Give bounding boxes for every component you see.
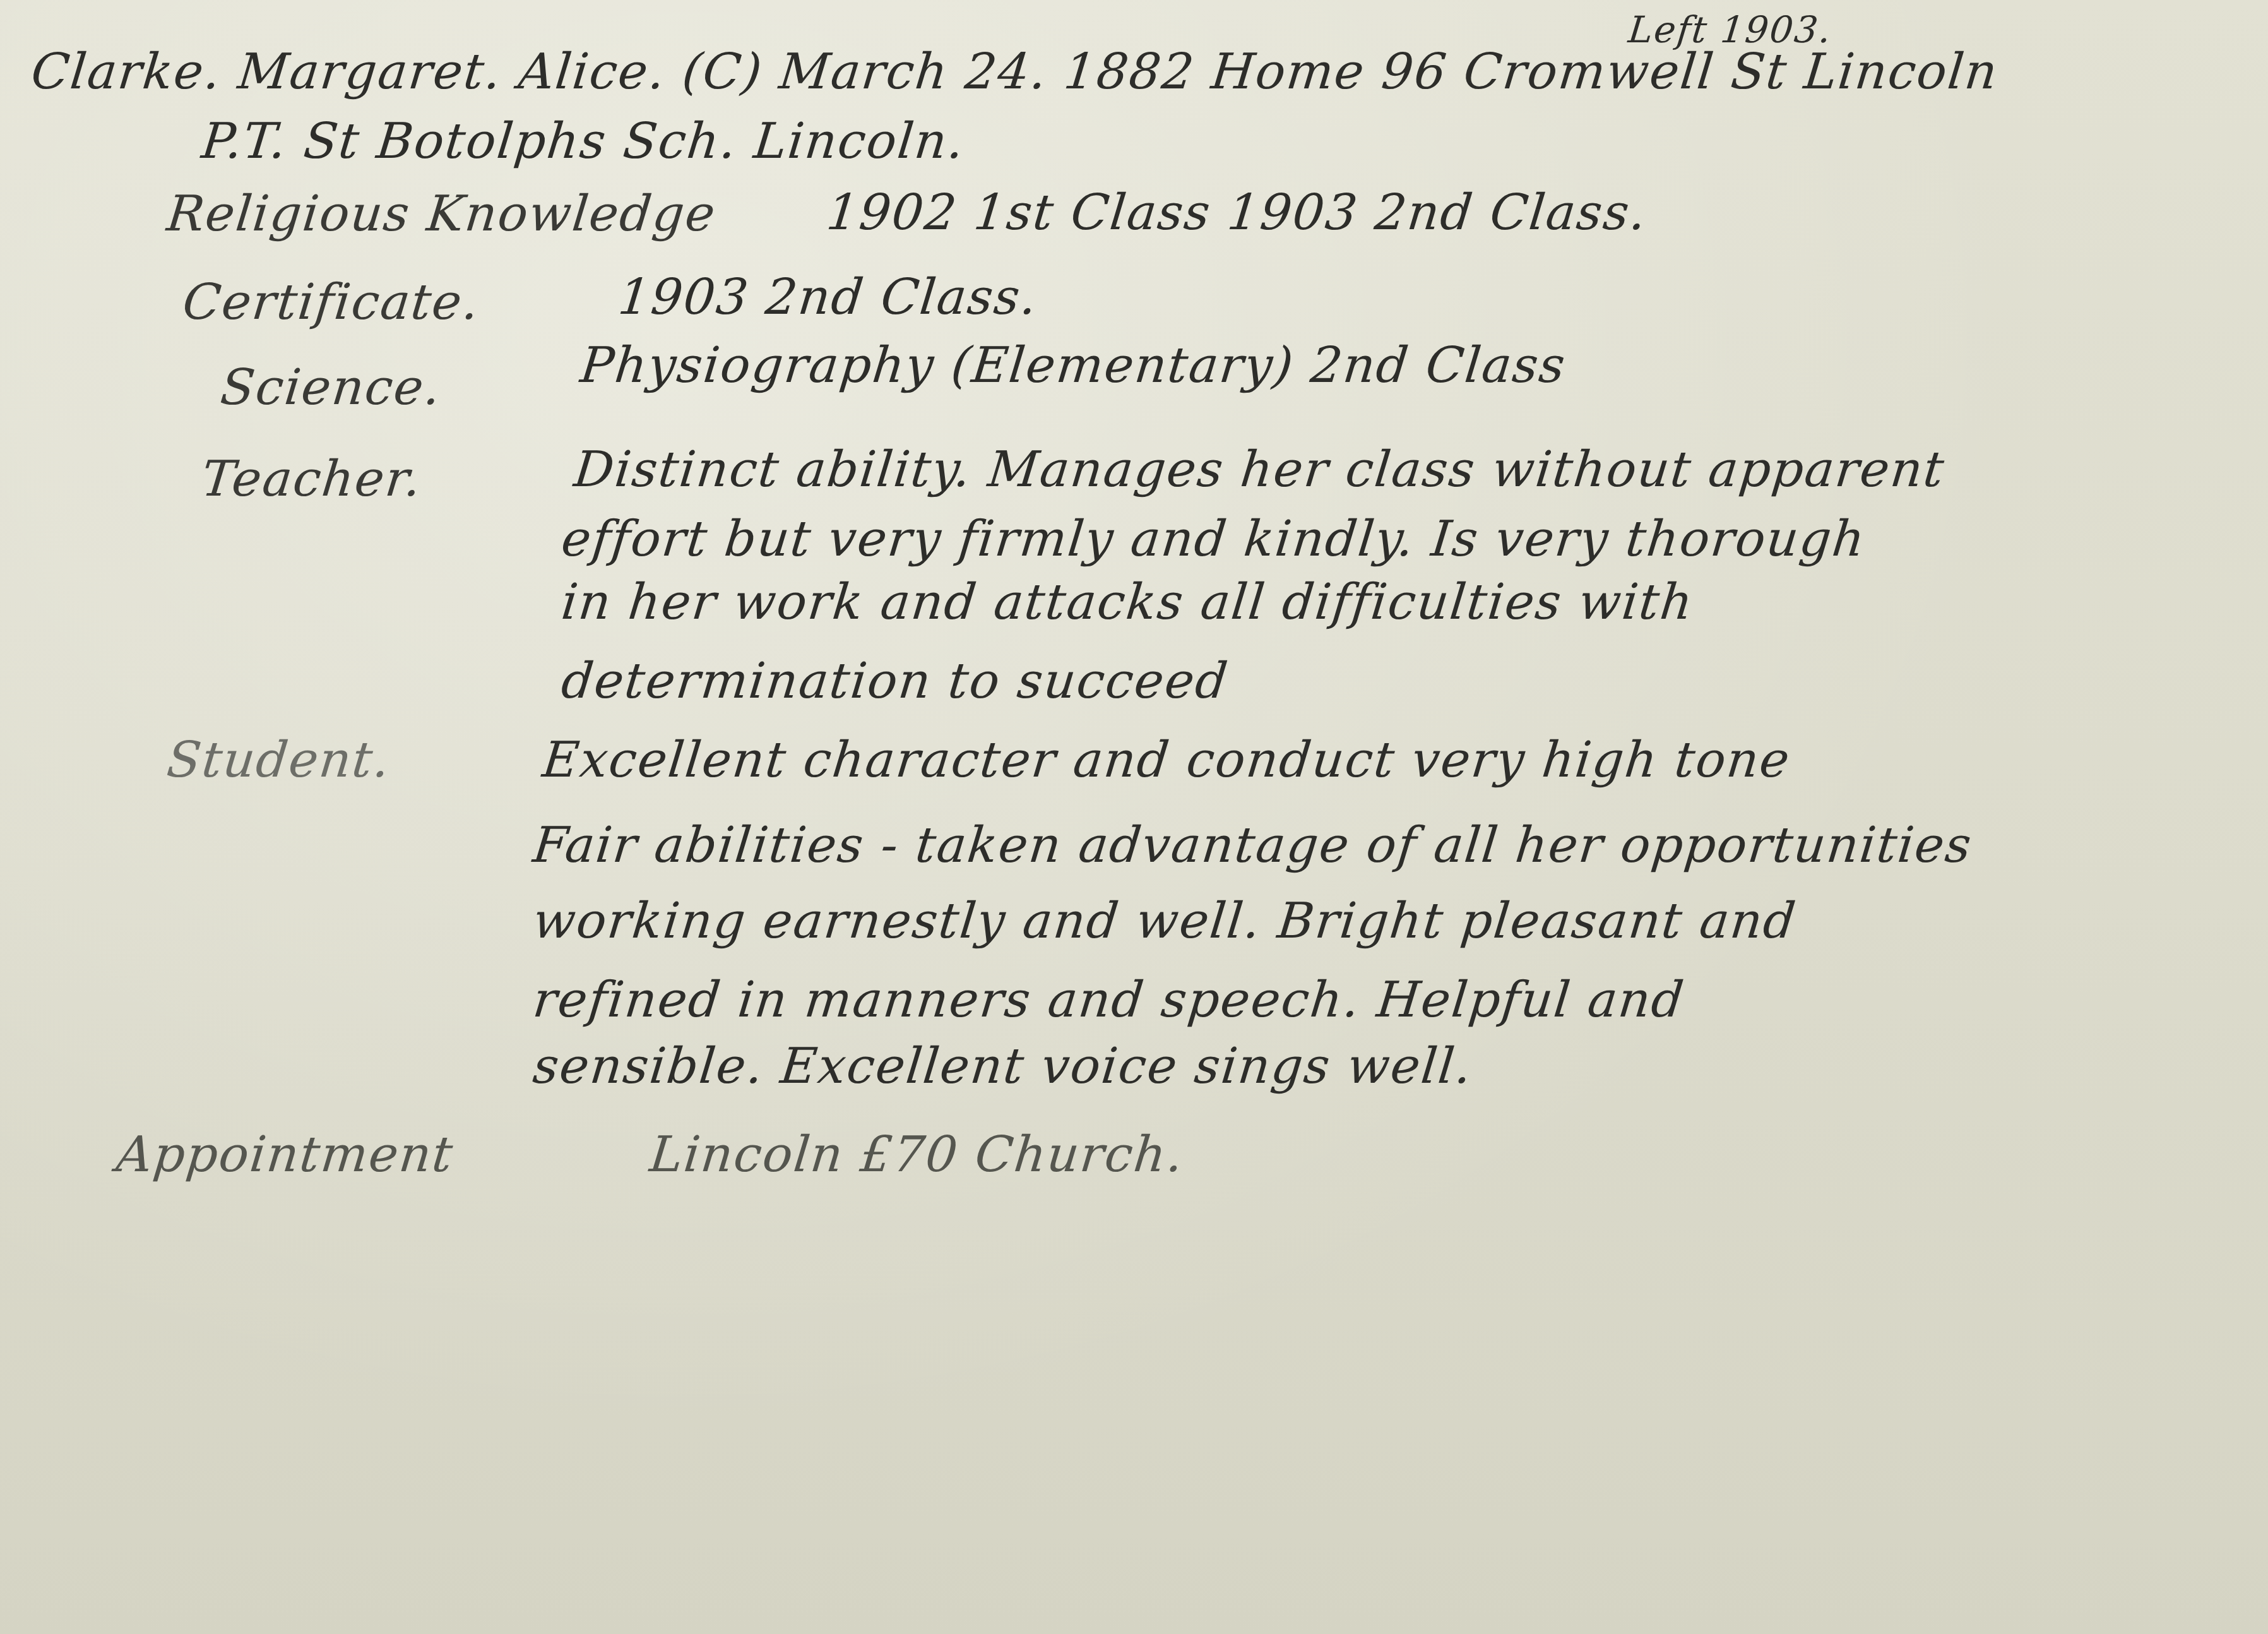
teacher-label: Teacher. [199, 455, 424, 504]
science-value: Physiography (Elementary) 2nd Class [578, 341, 1569, 390]
student-label: Student. [165, 736, 393, 785]
science-label: Science. [218, 363, 444, 412]
certificate-label: Certificate. [181, 278, 482, 327]
school-line: P.T. St Botolphs Sch. Lincoln. [199, 117, 967, 166]
appointment-label: Appointment [114, 1130, 456, 1179]
teacher-line-3: in her work and attacks all difficulties… [559, 578, 1696, 627]
student-line-1: Excellent character and conduct very hig… [540, 736, 1793, 785]
left-annotation: Left 1903. [1627, 11, 1834, 48]
religious-knowledge-value: 1902 1st Class 1903 2nd Class. [824, 188, 1649, 237]
name-line: Clarke. Margaret. Alice. (C) March 24. 1… [29, 47, 2000, 97]
student-line-2: Fair abilities - taken advantage of all … [531, 821, 1974, 870]
teacher-line-2: effort but very firmly and kindly. Is ve… [559, 515, 1868, 564]
register-page: Left 1903. Clarke. Margaret. Alice. (C) … [0, 0, 2268, 1634]
student-line-3: working earnestly and well. Bright pleas… [531, 897, 1799, 946]
teacher-line-1: Distinct ability. Manages her class with… [572, 445, 1947, 494]
student-line-5: sensible. Excellent voice sings well. [531, 1042, 1475, 1091]
student-line-4: refined in manners and speech. Helpful a… [531, 975, 1687, 1025]
religious-knowledge-label: Religious Knowledge [165, 189, 718, 239]
certificate-value: 1903 2nd Class. [616, 273, 1040, 322]
teacher-line-4: determination to succeed [559, 657, 1231, 706]
appointment-value: Lincoln £70 Church. [648, 1130, 1187, 1179]
